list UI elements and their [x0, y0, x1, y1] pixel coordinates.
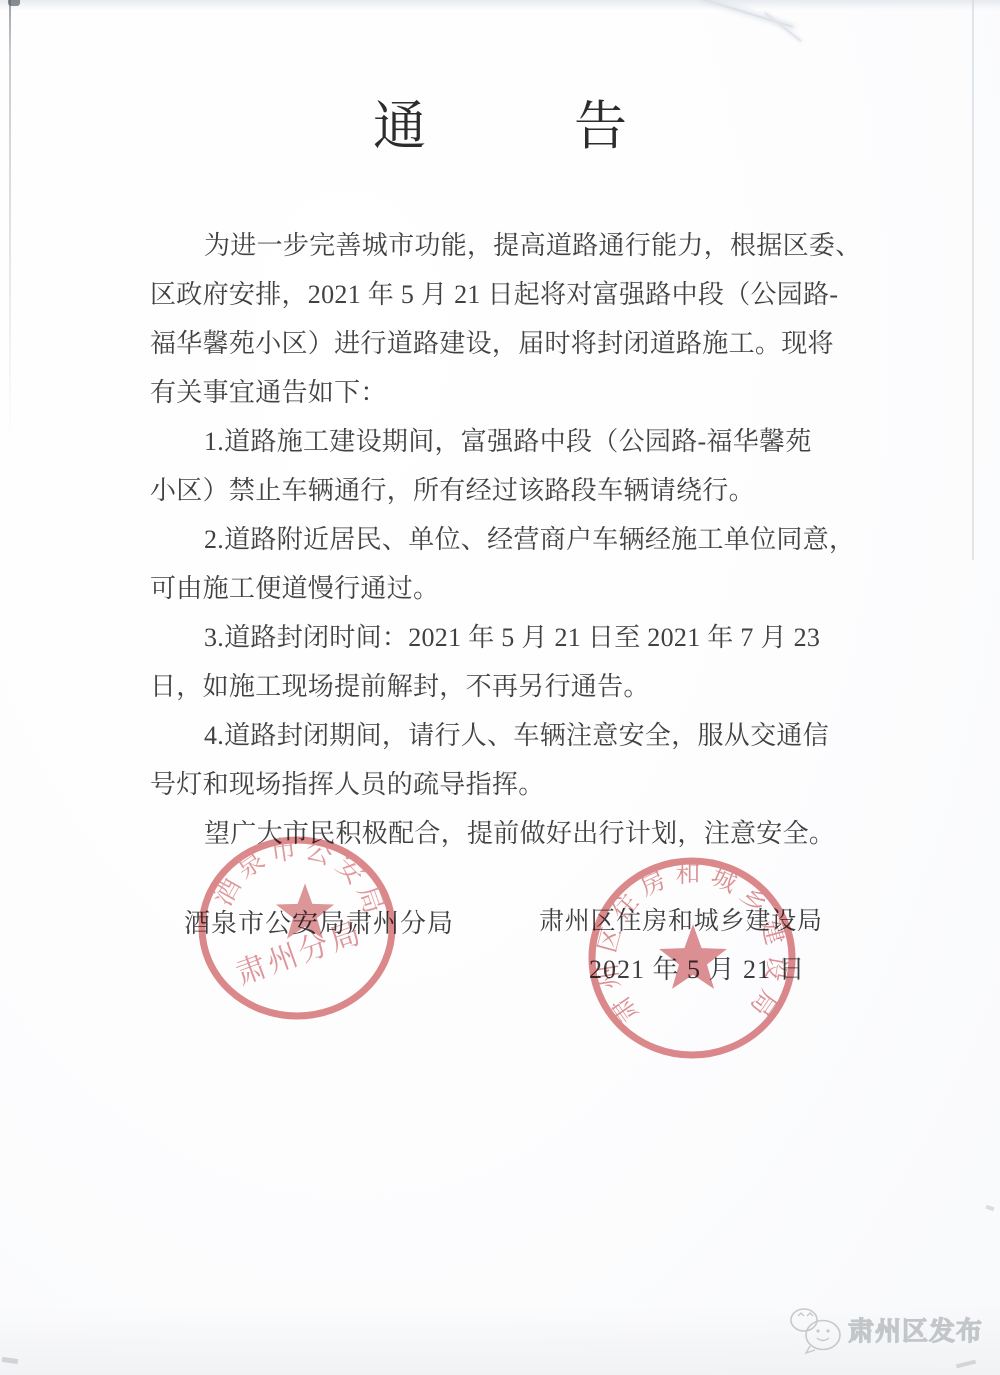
- notice-title-char: 通: [373, 98, 426, 156]
- scan-artifact-speck: [986, 1205, 995, 1211]
- police-seal: 酒泉市公安局 肃州分局: [187, 828, 407, 1028]
- publisher-watermark: 肃州区发布: [788, 1303, 988, 1359]
- notice-title: 通 告: [150, 98, 850, 156]
- body-line: 3.道路封闭时间：2021 年 5 月 21 日至 2021 年 7 月 23: [150, 613, 862, 662]
- housing-bureau-seal: 肃州区住房和城乡建设局: [577, 848, 807, 1068]
- scan-artifact-right-edge: [972, 0, 974, 560]
- body-line: 2.道路附近居民、单位、经营商户车辆经施工单位同意，: [150, 515, 862, 564]
- body-line: 有关事宜通告如下：: [150, 368, 862, 417]
- body-line: 为进一步完善城市功能，提高道路通行能力，根据区委、: [150, 221, 862, 270]
- notice-body: 为进一步完善城市功能，提高道路通行能力，根据区委、 区政府安排，2021 年 5…: [150, 221, 862, 858]
- body-line: 区政府安排，2021 年 5 月 21 日起将对富强路中段（公园路-: [150, 270, 862, 319]
- scan-artifact-crease: [764, 12, 801, 42]
- body-line: 日，如施工现场提前解封，不再另行通告。: [150, 662, 862, 711]
- body-line: 4.道路封闭期间，请行人、车辆注意安全，服从交通信: [150, 711, 862, 760]
- body-line: 可由施工便道慢行通过。: [150, 564, 862, 613]
- scan-artifact-corner-speck: [8, 0, 20, 6]
- body-line: 号灯和现场指挥人员的疏导指挥。: [150, 760, 862, 809]
- body-line: 福华馨苑小区）进行道路建设，届时将封闭道路施工。现将: [150, 319, 862, 368]
- notice-title-char: 告: [574, 98, 627, 156]
- body-line: 小区）禁止车辆通行，所有经过该路段车辆请绕行。: [150, 466, 862, 515]
- body-line: 1.道路施工建设期间，富强路中段（公园路-福华馨苑: [150, 417, 862, 466]
- seal-star-icon: [659, 924, 727, 989]
- scanned-notice-page: 通 告 为进一步完善城市功能，提高道路通行能力，根据区委、 区政府安排，2021…: [0, 0, 1000, 1375]
- watermark-text: 肃州区发布: [848, 1311, 983, 1348]
- chat-bubbles-logo-icon: [788, 1305, 846, 1357]
- scan-artifact-left-edge: [9, 0, 11, 440]
- scan-artifact-top-band: [0, 0, 1000, 10]
